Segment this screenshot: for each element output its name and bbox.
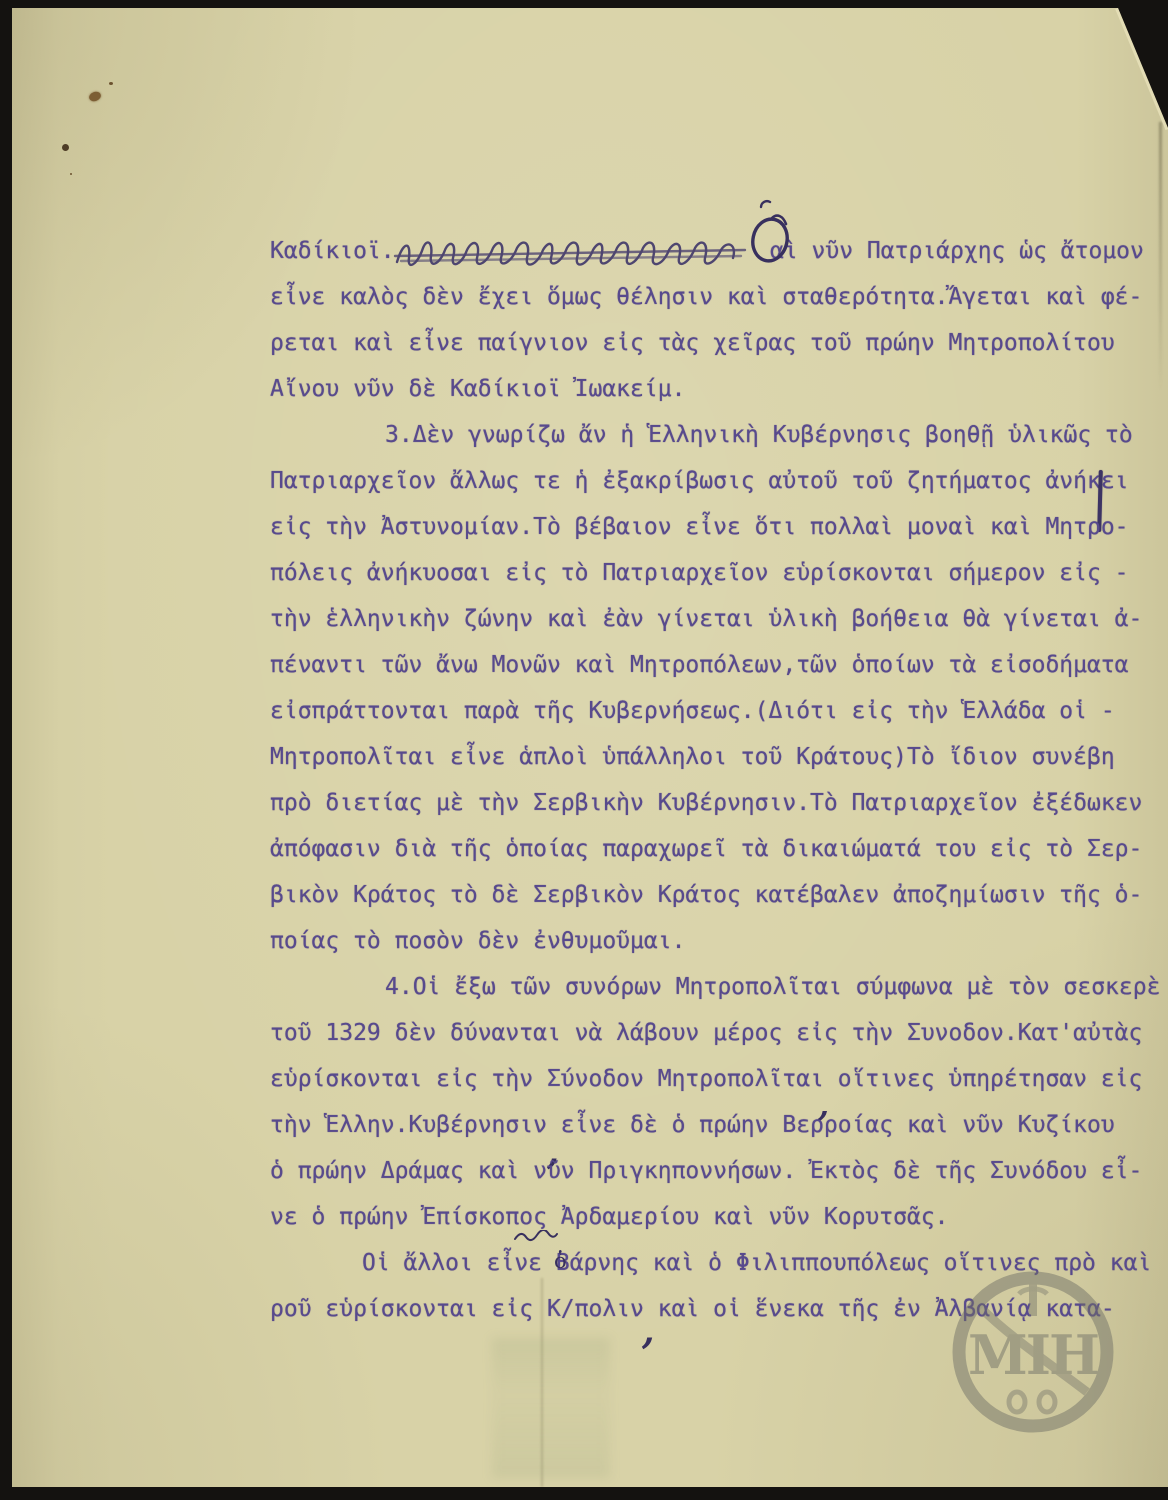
typed-line-text: πρὸ διετίας μὲ τὴν Σερβικὴν Κυβέρνησιν.Τ… — [270, 790, 1142, 816]
scribble-strikethrough — [393, 234, 751, 274]
typed-line: ποίας τὸ ποσὸν δὲν ἐνθυμοῦμαι. — [270, 918, 1168, 964]
typed-line: τὴν Ἑλλην.Κυβέρνησιν εἶνε δὲ ὁ πρώην Βερ… — [270, 1102, 1168, 1148]
typed-line: εἰς τὴν Ἀστυνομίαν.Τὸ βέβαιον εἶνε ὅτι π… — [270, 504, 1168, 550]
ink-stain — [88, 90, 102, 103]
typed-line-text: εὑρίσκονται εἰς τὴν Σύνοδον Μητροπολῖται… — [270, 1066, 1142, 1092]
handwritten-small-omicron: ὁ — [554, 1238, 567, 1284]
typed-line: πέναντι τῶν ἄνω Μονῶν καὶ Μητροπόλεων,τῶ… — [270, 642, 1168, 688]
ink-stain — [109, 82, 113, 85]
typed-line-text: τοῦ 1329 δὲν δύνανται νὰ λάβουν μέρος εἰ… — [270, 1020, 1142, 1046]
typed-line-text: Καδίκιοϊ. — [270, 238, 395, 264]
typed-line-text: εἶνε καλὸς δὲν ἔχει ὅμως θέλησιν καὶ στα… — [270, 284, 1142, 310]
typed-line-text: Μητροπολῖται εἶνε ἁπλοὶ ὑπάλληλοι τοῦ Κρ… — [270, 744, 1115, 770]
scan-margin-bottom — [0, 1487, 1168, 1500]
typed-line: βικὸν Κράτος τὸ δὲ Σερβικὸν Κράτος κατέβ… — [270, 872, 1168, 918]
typed-line-text: ὁ πρώην Δράμας καὶ νῦν Πριγκηποννήσων. Ἐ… — [270, 1158, 1142, 1184]
typed-line-text: εἰς τὴν Ἀστυνομίαν.Τὸ βέβαιον εἶνε ὅτι π… — [270, 514, 1129, 540]
typed-line-text: τὴν ἑλληνικὴν ζώνην καὶ ἐὰν γίνεται ὑλικ… — [270, 606, 1142, 632]
typed-line: τοῦ 1329 δὲν δύνανται νὰ λάβουν μέρος εἰ… — [270, 1010, 1168, 1056]
typed-line-text: νε ὁ πρώην Ἐπίσκοπος Ἀρδαμερίου καὶ νῦν … — [270, 1204, 949, 1230]
typed-line-text: πόλεις ἀνήκυοσαι εἰς τὸ Πατριαρχεῖον εὑρ… — [270, 560, 1129, 586]
typed-line-text: εἰσπράττονται παρὰ τῆς Κυβερνήσεως.(Διότ… — [270, 698, 1115, 724]
typed-line-text: 4.Οἱ ἔξω τῶν συνόρων Μητροπολῖται σύμφων… — [385, 974, 1160, 1000]
typed-line-text: Αἴνου νῦν δὲ Καδίκιοϊ Ἰωακείμ. — [270, 376, 685, 402]
handwritten-capital-omicron — [742, 198, 796, 266]
stamp-monogram: ΜΙΗ — [968, 1323, 1098, 1387]
typed-line-text: αὶ νῦν Πατριάρχης ὡς ἄτομον — [770, 228, 1144, 274]
typed-line: πρὸ διετίας μὲ τὴν Σερβικὴν Κυβέρνησιν.Τ… — [270, 780, 1168, 826]
typed-line: Μητροπολῖται εἶνε ἁπλοὶ ὑπάλληλοι τοῦ Κρ… — [270, 734, 1168, 780]
typed-line: Αἴνου νῦν δὲ Καδίκιοϊ Ἰωακείμ. — [270, 366, 1168, 412]
typed-line-text: ἀπόφασιν διὰ τῆς ὁποίας παραχωρεῖ τὰ δικ… — [270, 836, 1142, 862]
typed-line-text: τὴν Ἑλλην.Κυβέρνησιν εἶνε δὲ ὁ πρώην Βερ… — [270, 1112, 1115, 1138]
typed-line: ἀπόφασιν διὰ τῆς ὁποίας παραχωρεῖ τὰ δικ… — [270, 826, 1168, 872]
archive-stamp: ΜΙΗ — [945, 1264, 1121, 1440]
typed-line: εἶνε καλὸς δὲν ἔχει ὅμως θέλησιν καὶ στα… — [270, 274, 1168, 320]
scan-margin-left — [0, 0, 12, 1500]
typed-line: Πατριαρχεῖον ἄλλως τε ἡ ἐξακρίβωσις αὐτο… — [270, 458, 1168, 504]
typed-line-text: ρεται καὶ εἶνε παίγνιον εἰς τὰς χεῖρας τ… — [270, 330, 1115, 356]
typed-line-paragraph-4: 4.Οἱ ἔξω τῶν συνόρων Μητροπολῖται σύμφων… — [270, 964, 1168, 1010]
typed-line: νε ὁ πρώην Ἐπίσκοπος Ἀρδαμερίου καὶ νῦν … — [270, 1194, 1168, 1240]
typed-line-text: ποίας τὸ ποσὸν δὲν ἐνθυμοῦμαι. — [270, 928, 685, 954]
ink-stain — [70, 173, 72, 175]
typed-line: εὑρίσκονται εἰς τὴν Σύνοδον Μητροπολῖται… — [270, 1056, 1168, 1102]
typed-line: ὁ πρώην Δράμας καὶ νῦν Πριγκηποννήσων. Ἐ… — [270, 1148, 1168, 1194]
paper-sheet: Καδίκιοϊ.αὶ νῦν Πατριάρχης ὡς ἄτομον — [0, 0, 1168, 1500]
typed-line: τὴν ἑλληνικὴν ζώνην καὶ ἐὰν γίνεται ὑλικ… — [270, 596, 1168, 642]
typed-line: πόλεις ἀνήκυοσαι εἰς τὸ Πατριαρχεῖον εὑρ… — [270, 550, 1168, 596]
typed-line: εἰσπράττονται παρὰ τῆς Κυβερνήσεως.(Διότ… — [270, 688, 1168, 734]
ink-showthrough — [492, 1338, 610, 1478]
typed-text-block: Καδίκιοϊ.αὶ νῦν Πατριάρχης ὡς ἄτομον — [270, 228, 1168, 1332]
typed-line-text: πέναντι τῶν ἄνω Μονῶν καὶ Μητροπόλεων,τῶ… — [270, 652, 1129, 678]
scanned-document: Καδίκιοϊ.αὶ νῦν Πατριάρχης ὡς ἄτομον — [0, 0, 1168, 1500]
scan-margin-top — [0, 0, 1168, 8]
handwritten-comma: , — [642, 1308, 655, 1354]
typed-line-text: Πατριαρχεῖον ἄλλως τε ἡ ἐξακρίβωσις αὐτο… — [270, 468, 1129, 494]
typed-line-paragraph-3: 3.Δὲν γνωρίζω ἄν ἡ Ἑλληνικὴ Κυβέρνησις β… — [270, 412, 1168, 458]
typed-line: Καδίκιοϊ.αὶ νῦν Πατριάρχης ὡς ἄτομον — [270, 228, 1168, 274]
typed-line-text: βικὸν Κράτος τὸ δὲ Σερβικὸν Κράτος κατέβ… — [270, 882, 1142, 908]
typed-line-text: 3.Δὲν γνωρίζω ἄν ἡ Ἑλληνικὴ Κυβέρνησις β… — [385, 422, 1133, 448]
ink-stain — [62, 144, 69, 151]
typed-line: ρεται καὶ εἶνε παίγνιον εἰς τὰς χεῖρας τ… — [270, 320, 1168, 366]
